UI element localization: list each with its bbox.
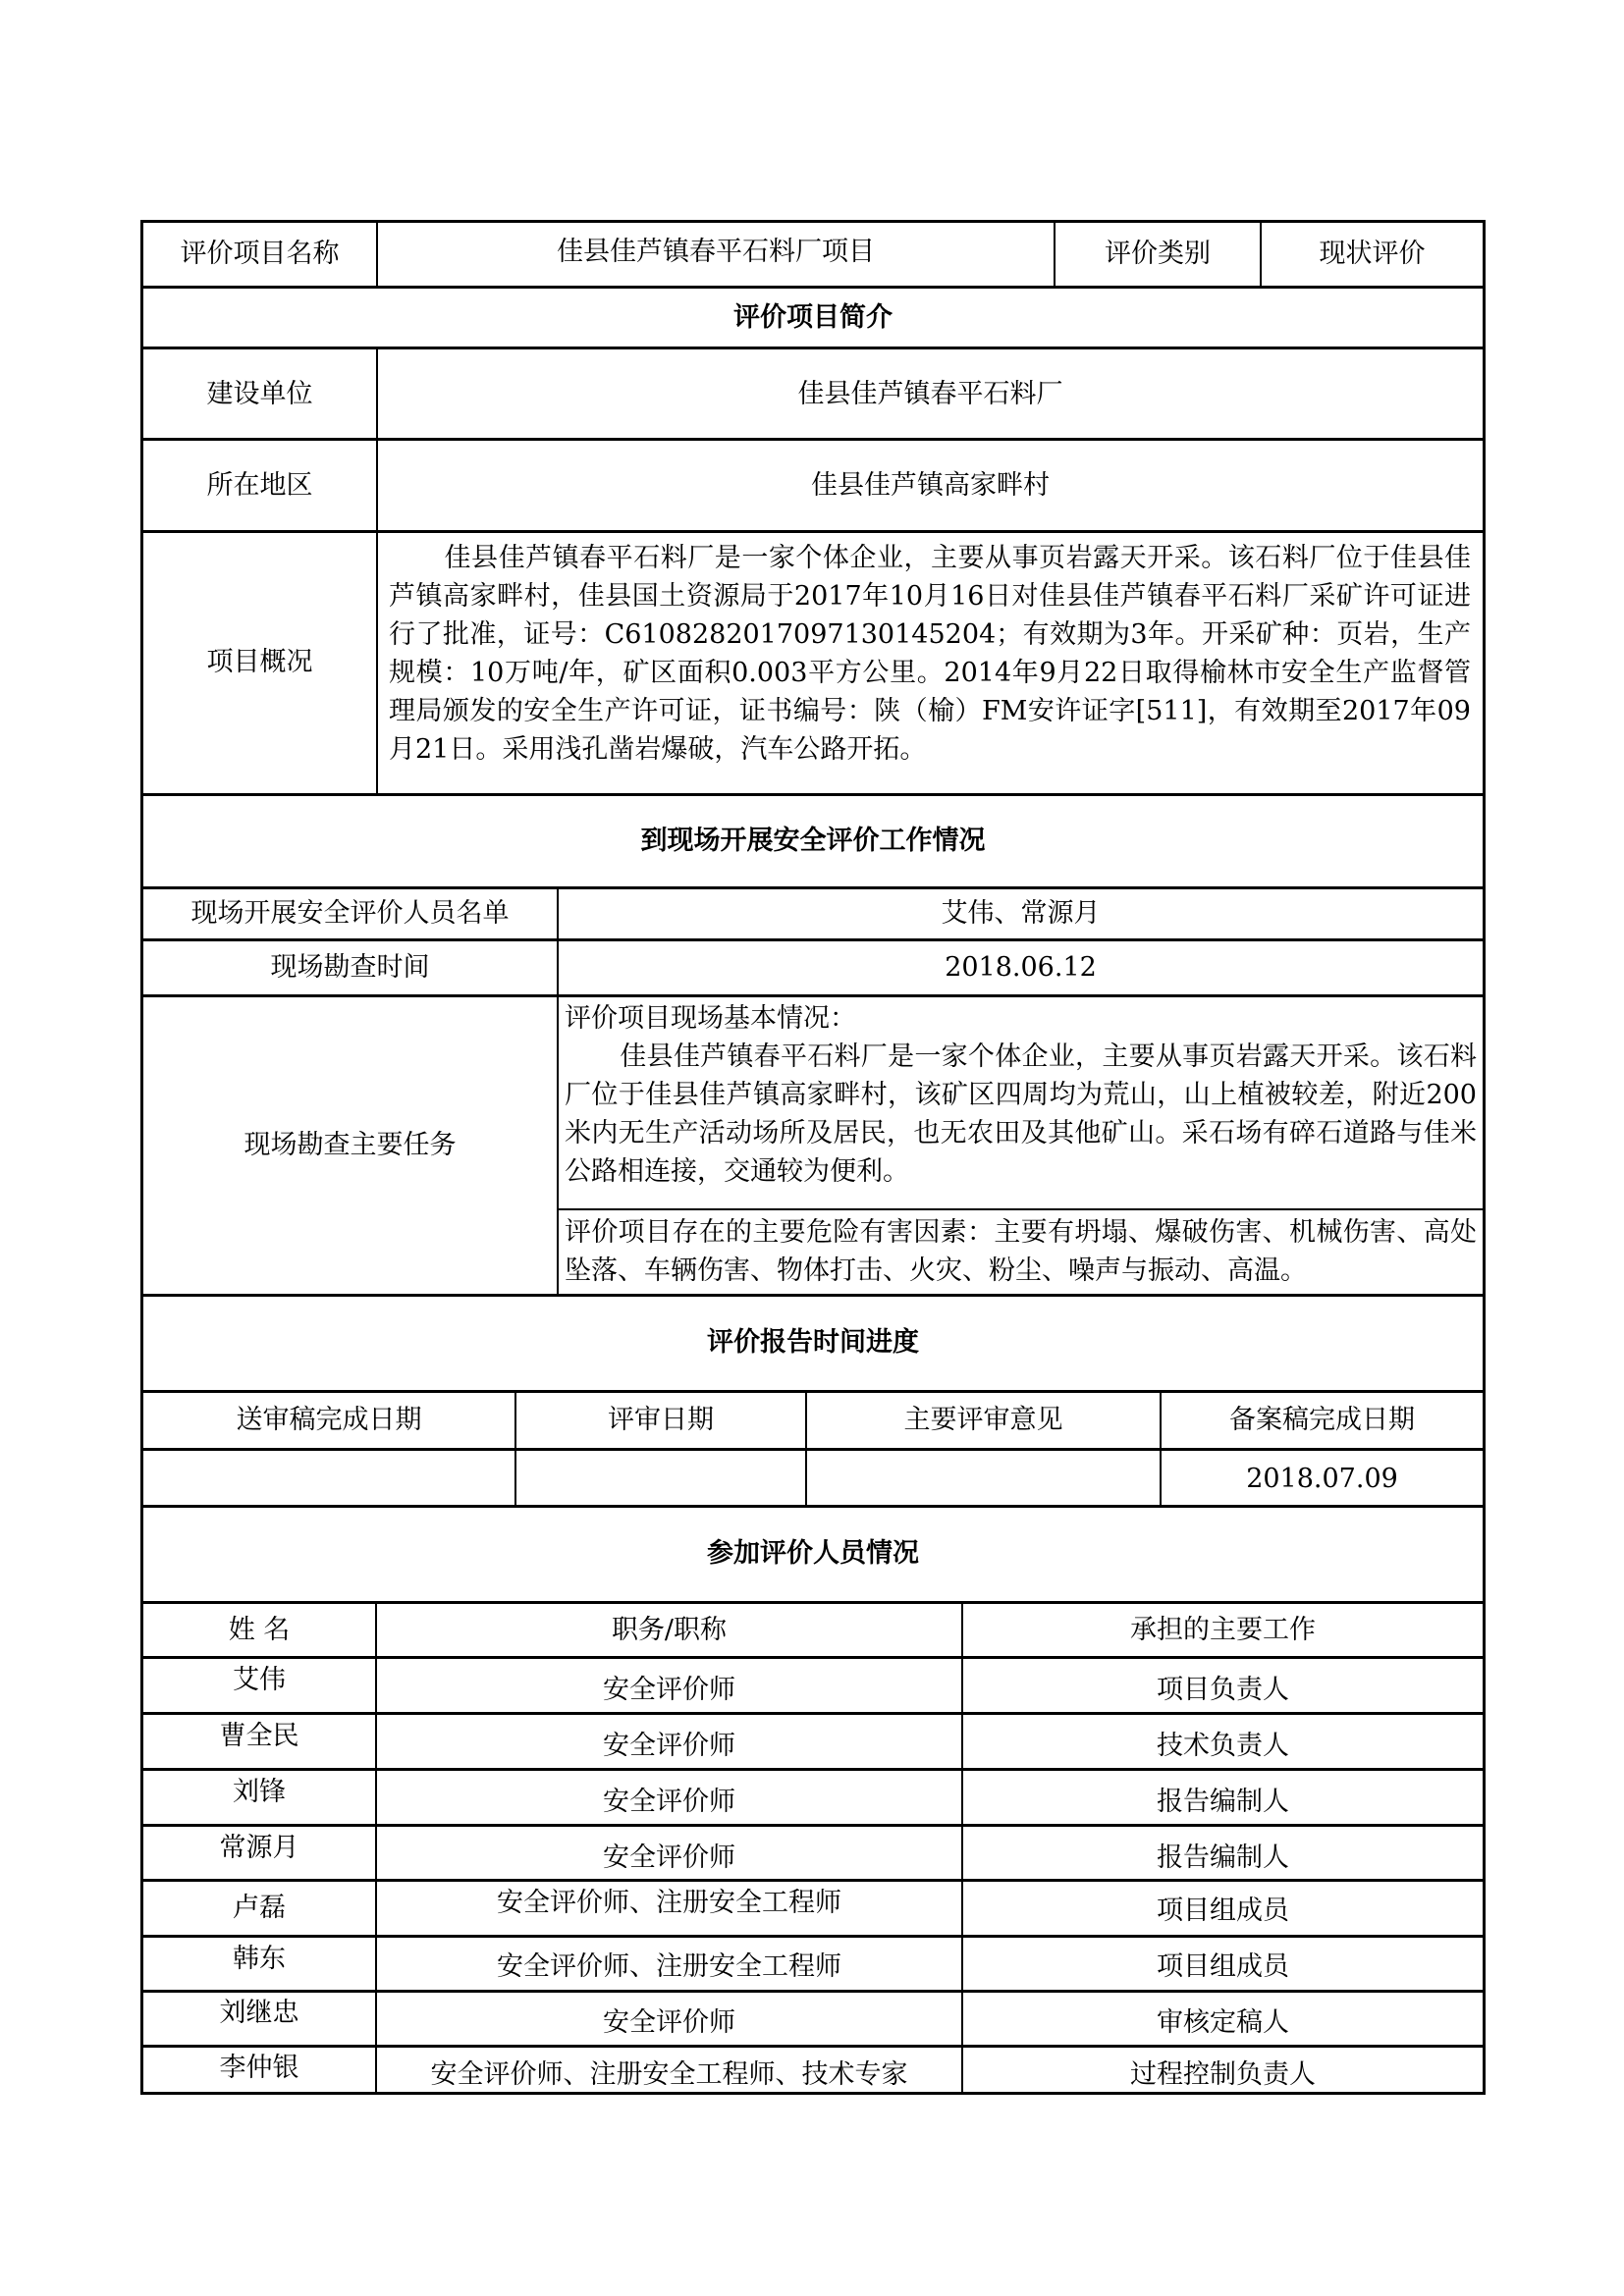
- person-name: 卢磊: [143, 1887, 375, 1930]
- section-header-personnel: 参加评价人员情况: [143, 1508, 1483, 1601]
- builder-value: 佳县佳芦镇春平石料厂: [378, 349, 1483, 440]
- builder-label: 建设单位: [143, 349, 376, 440]
- person-title: 安全评价师: [377, 1837, 961, 1880]
- table-border-right: [1483, 220, 1486, 2095]
- staff-label: 现场开展安全评价人员名单: [143, 889, 557, 938]
- person-role: 技术负责人: [963, 1725, 1483, 1768]
- person-title: 安全评价师、注册安全工程师: [377, 1946, 961, 1989]
- overview-text: 佳县佳芦镇春平石料厂是一家个体企业，主要从事页岩露天开采。该石料厂位于佳县佳芦镇…: [381, 539, 1479, 792]
- basic-situation-text: 佳县佳芦镇春平石料厂是一家个体企业，主要从事页岩露天开采。该石料厂位于佳县佳芦镇…: [565, 1038, 1477, 1191]
- section-header-schedule: 评价报告时间进度: [143, 1297, 1483, 1390]
- hazards-text: 评价项目存在的主要危险有害因素：主要有坍塌、爆破伤害、机械伤害、高处坠落、车辆伤…: [559, 1213, 1483, 1294]
- personnel-col-role: 承担的主要工作: [963, 1604, 1483, 1658]
- survey-time-label: 现场勘查时间: [143, 941, 557, 995]
- person-title: 安全评价师、注册安全工程师: [377, 1882, 961, 1925]
- overview-paragraph: 佳县佳芦镇春平石料厂是一家个体企业，主要从事页岩露天开采。该石料厂位于佳县佳芦镇…: [389, 543, 1471, 765]
- overview-label: 项目概况: [143, 533, 376, 793]
- person-role: 审核定稿人: [963, 2002, 1483, 2045]
- schedule-filing-date-value: 2018.07.09: [1162, 1451, 1483, 1508]
- person-name: 韩东: [143, 1938, 375, 1981]
- category-value: 现状评价: [1262, 223, 1483, 287]
- basic-situation-title: 评价项目现场基本情况：: [565, 999, 1477, 1038]
- section-header-intro: 评价项目简介: [143, 289, 1483, 347]
- category-label: 评价类别: [1056, 223, 1260, 287]
- section-header-onsite: 到现场开展安全评价工作情况: [143, 796, 1483, 886]
- location-label: 所在地区: [143, 441, 376, 531]
- project-name-label: 评价项目名称: [143, 223, 376, 287]
- project-name-value: 佳县佳芦镇春平石料厂项目: [378, 223, 1054, 282]
- person-title: 安全评价师: [377, 2002, 961, 2045]
- survey-time-value: 2018.06.12: [559, 941, 1483, 995]
- schedule-col-review-date: 评审日期: [516, 1393, 805, 1449]
- person-title: 安全评价师: [377, 1781, 961, 1824]
- schedule-review-opinion-value: [807, 1451, 1160, 1505]
- schedule-col-filing-date: 备案稿完成日期: [1162, 1393, 1483, 1449]
- personnel-col-title: 职务/职称: [377, 1604, 961, 1658]
- person-role: 报告编制人: [963, 1781, 1483, 1824]
- basic-situation-paragraph: 佳县佳芦镇春平石料厂是一家个体企业，主要从事页岩露天开采。该石料厂位于佳县佳芦镇…: [565, 1041, 1477, 1187]
- personnel-col-name: 姓 名: [143, 1604, 375, 1658]
- schedule-review-date-value: [516, 1451, 805, 1505]
- person-title: 安全评价师: [377, 1669, 961, 1712]
- person-name: 李仲银: [143, 2047, 375, 2090]
- row-line: [557, 1208, 1486, 1210]
- staff-value: 艾伟、常源月: [559, 889, 1483, 938]
- person-name: 刘锋: [143, 1771, 375, 1814]
- person-role: 项目负责人: [963, 1669, 1483, 1712]
- tasks-label: 现场勘查主要任务: [143, 997, 557, 1295]
- person-name: 刘继忠: [143, 1992, 375, 2035]
- person-name: 曹全民: [143, 1715, 375, 1758]
- person-role: 项目组成员: [963, 1946, 1483, 1989]
- person-role: 报告编制人: [963, 1837, 1483, 1880]
- person-name: 常源月: [143, 1827, 375, 1870]
- person-title: 安全评价师: [377, 1725, 961, 1768]
- person-role: 项目组成员: [963, 1890, 1483, 1933]
- schedule-col-review-opinion: 主要评审意见: [807, 1393, 1160, 1449]
- basic-situation-block: 评价项目现场基本情况： 佳县佳芦镇春平石料厂是一家个体企业，主要从事页岩露天开采…: [559, 999, 1483, 1207]
- person-title: 安全评价师、注册安全工程师、技术专家: [377, 2057, 961, 2093]
- schedule-submit-date-value: [143, 1451, 514, 1505]
- evaluation-form-page: 评价项目名称 佳县佳芦镇春平石料厂项目 评价类别 现状评价 评价项目简介 建设单…: [0, 0, 1624, 2296]
- person-name: 艾伟: [143, 1659, 375, 1702]
- person-role: 过程控制负责人: [963, 2057, 1483, 2093]
- schedule-col-submit-date: 送审稿完成日期: [143, 1393, 514, 1449]
- location-value: 佳县佳芦镇高家畔村: [378, 441, 1483, 531]
